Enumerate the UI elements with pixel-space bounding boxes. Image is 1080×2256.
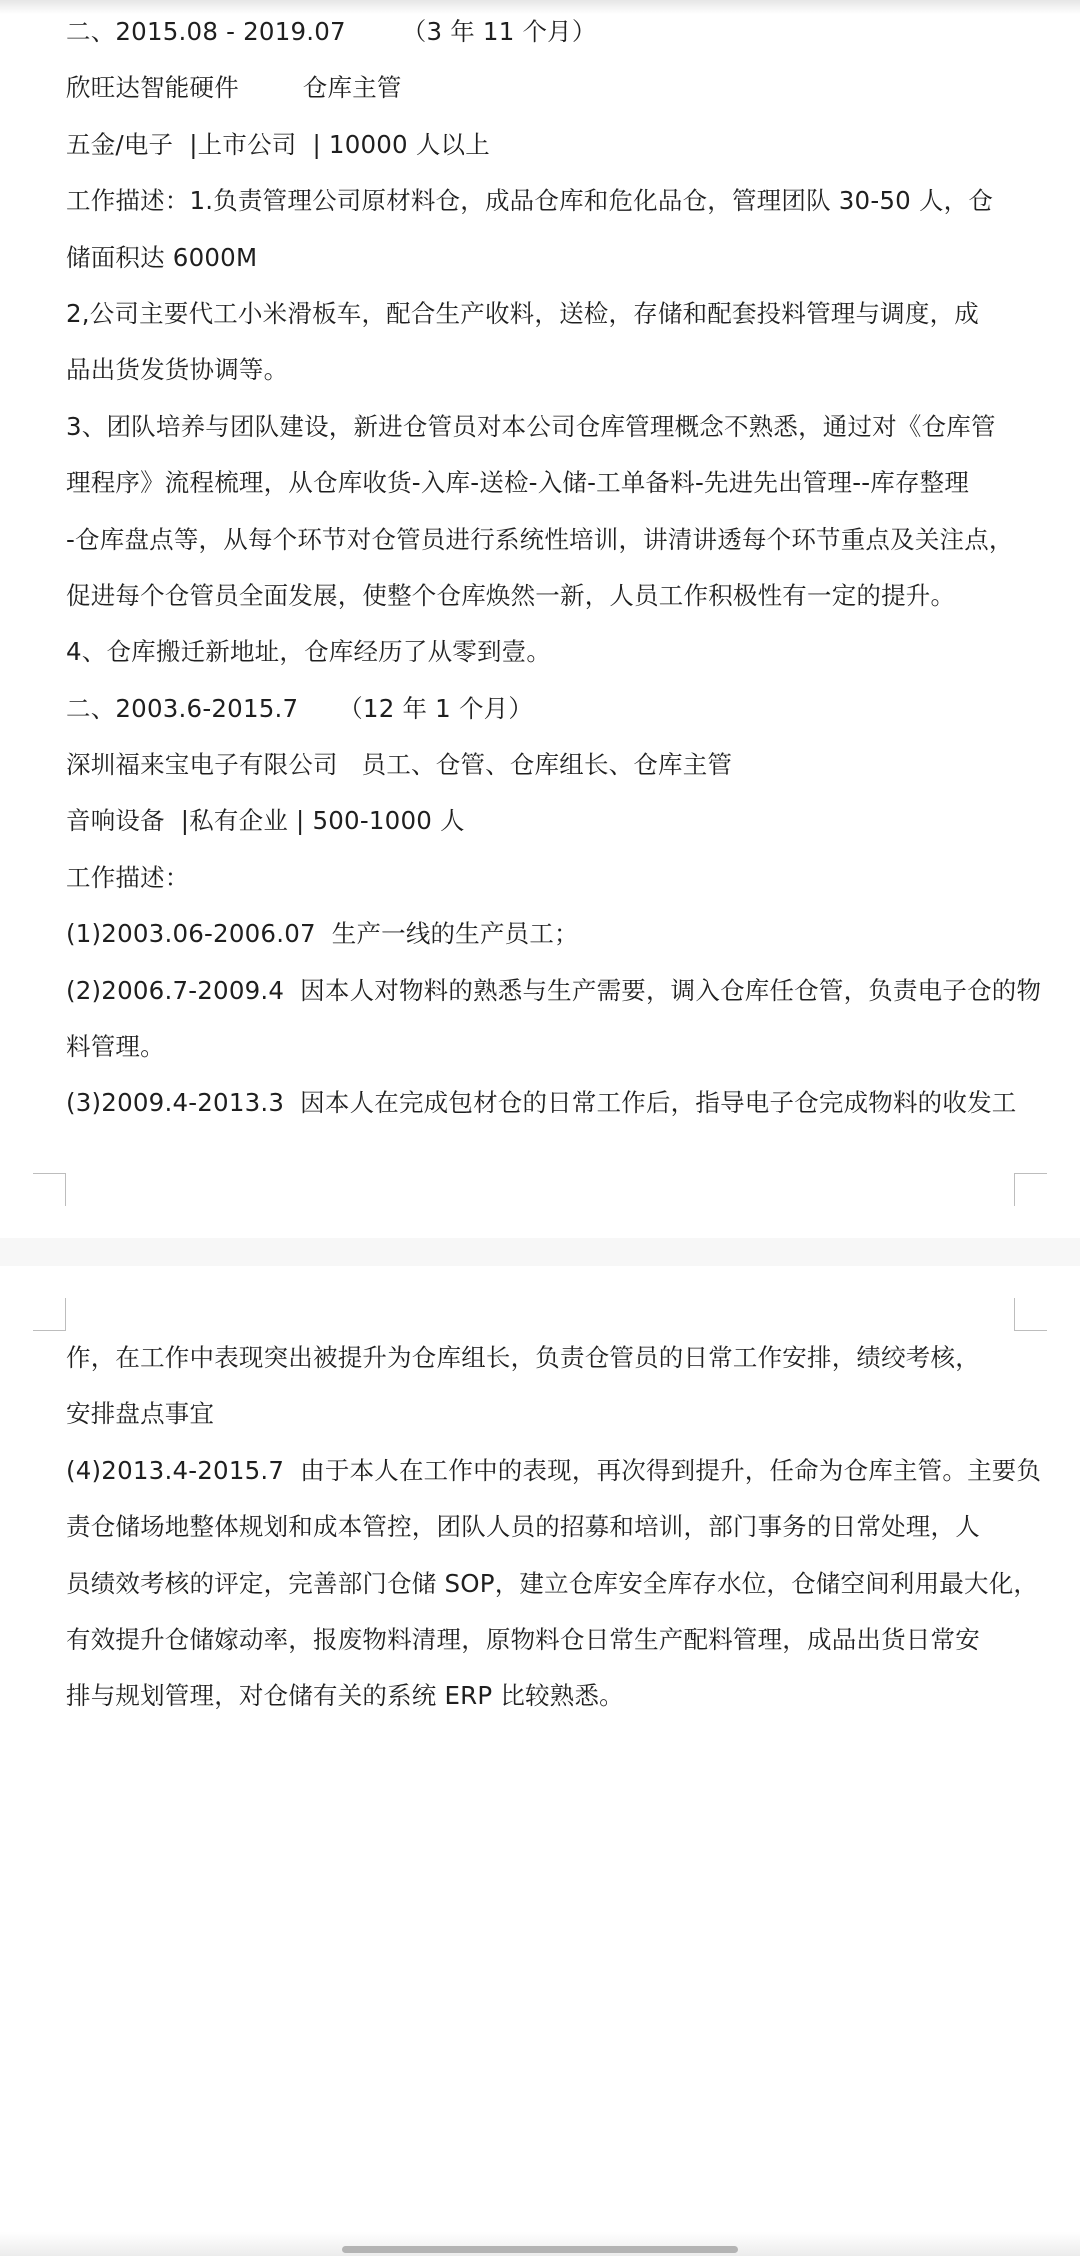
text-line: (4)2013.4-2015.7 由于本人在工作中的表现，再次得到提升，任命为仓… [66, 1451, 1016, 1507]
text-line: 作，在工作中表现突出被提升为仓库组长，负责仓管员的日常工作安排，绩绞考核， [66, 1338, 1016, 1394]
company-title-line: 深圳福来宝电子有限公司 员工、仓管、仓库组长、仓库主管 [66, 745, 1016, 801]
page-corner-mark-top-right [1014, 1298, 1047, 1331]
company-title-line: 欣旺达智能硬件 仓库主管 [66, 68, 1016, 124]
company-info-line: 五金/电子 |上市公司 | 10000 人以上 [66, 125, 1016, 181]
job-heading-line: 二、2003.6-2015.7 （12 年 1 个月） [66, 689, 1016, 745]
text-line: 工作描述：1.负责管理公司原材料仓，成品仓库和危化品仓，管理团队 30-50 人… [66, 181, 1016, 237]
page-corner-mark-top-left [33, 1298, 66, 1331]
page-corner-mark-bottom-right [1014, 1173, 1047, 1206]
text-line: 储面积达 6000M [66, 238, 1016, 294]
document-page-2[interactable]: 作，在工作中表现突出被提升为仓库组长，负责仓管员的日常工作安排，绩绞考核， 安排… [0, 1266, 1080, 2256]
text-line: 3、团队培养与团队建设，新进仓管员对本公司仓库管理概念不熟悉，通过对《仓库管 [66, 407, 1016, 463]
document-page-1[interactable]: 二、2015.08 - 2019.07 （3 年 11 个月） 欣旺达智能硬件 … [0, 0, 1080, 1238]
text-line: 4、仓库搬迁新地址，仓库经历了从零到壹。 [66, 632, 1016, 688]
text-line: 工作描述： [66, 858, 1016, 914]
text-line: 品出货发货协调等。 [66, 350, 1016, 406]
text-line: 员绩效考核的评定，完善部门仓储 SOP，建立仓库安全库存水位，仓储空间利用最大化… [66, 1564, 1016, 1620]
text-line: 排与规划管理，对仓储有关的系统 ERP 比较熟悉。 [66, 1676, 1016, 1732]
top-edge-shadow [0, 0, 1080, 14]
text-line: 促进每个仓管员全面发展，使整个仓库焕然一新，人员工作积极性有一定的提升。 [66, 576, 1016, 632]
text-line: 安排盘点事宜 [66, 1394, 1016, 1450]
home-gesture-bar[interactable] [342, 2246, 738, 2253]
text-line: 有效提升仓储嫁动率，报废物料清理，原物料仓日常生产配料管理，成品出货日常安 [66, 1620, 1016, 1676]
text-line: 责仓储场地整体规划和成本管控，团队人员的招募和培训，部门事务的日常处理，人 [66, 1507, 1016, 1563]
text-line: 料管理。 [66, 1027, 1016, 1083]
text-line: (1)2003.06-2006.07 生产一线的生产员工； [66, 914, 1016, 970]
text-line: 理程序》流程梳理，从仓库收货-入库-送检-入储-工单备料-先进先出管理--库存整… [66, 463, 1016, 519]
text-line: (3)2009.4-2013.3 因本人在完成包材仓的日常工作后，指导电子仓完成… [66, 1083, 1016, 1139]
page-1-text-body: 二、2015.08 - 2019.07 （3 年 11 个月） 欣旺达智能硬件 … [66, 12, 1016, 1140]
page-break-gap [0, 1238, 1080, 1266]
job-heading-line: 二、2015.08 - 2019.07 （3 年 11 个月） [66, 12, 1016, 68]
page-corner-mark-bottom-left [33, 1173, 66, 1206]
text-line: (2)2006.7-2009.4 因本人对物料的熟悉与生产需要，调入仓库任仓管，… [66, 971, 1016, 1027]
company-info-line: 音响设备 |私有企业 | 500-1000 人 [66, 801, 1016, 857]
text-line: -仓库盘点等，从每个环节对仓管员进行系统性培训，讲清讲透每个环节重点及关注点， [66, 520, 1016, 576]
text-line: 2,公司主要代工小米滑板车，配合生产收料，送检，存储和配套投料管理与调度，成 [66, 294, 1016, 350]
page-2-text-body: 作，在工作中表现突出被提升为仓库组长，负责仓管员的日常工作安排，绩绞考核， 安排… [66, 1338, 1016, 1733]
